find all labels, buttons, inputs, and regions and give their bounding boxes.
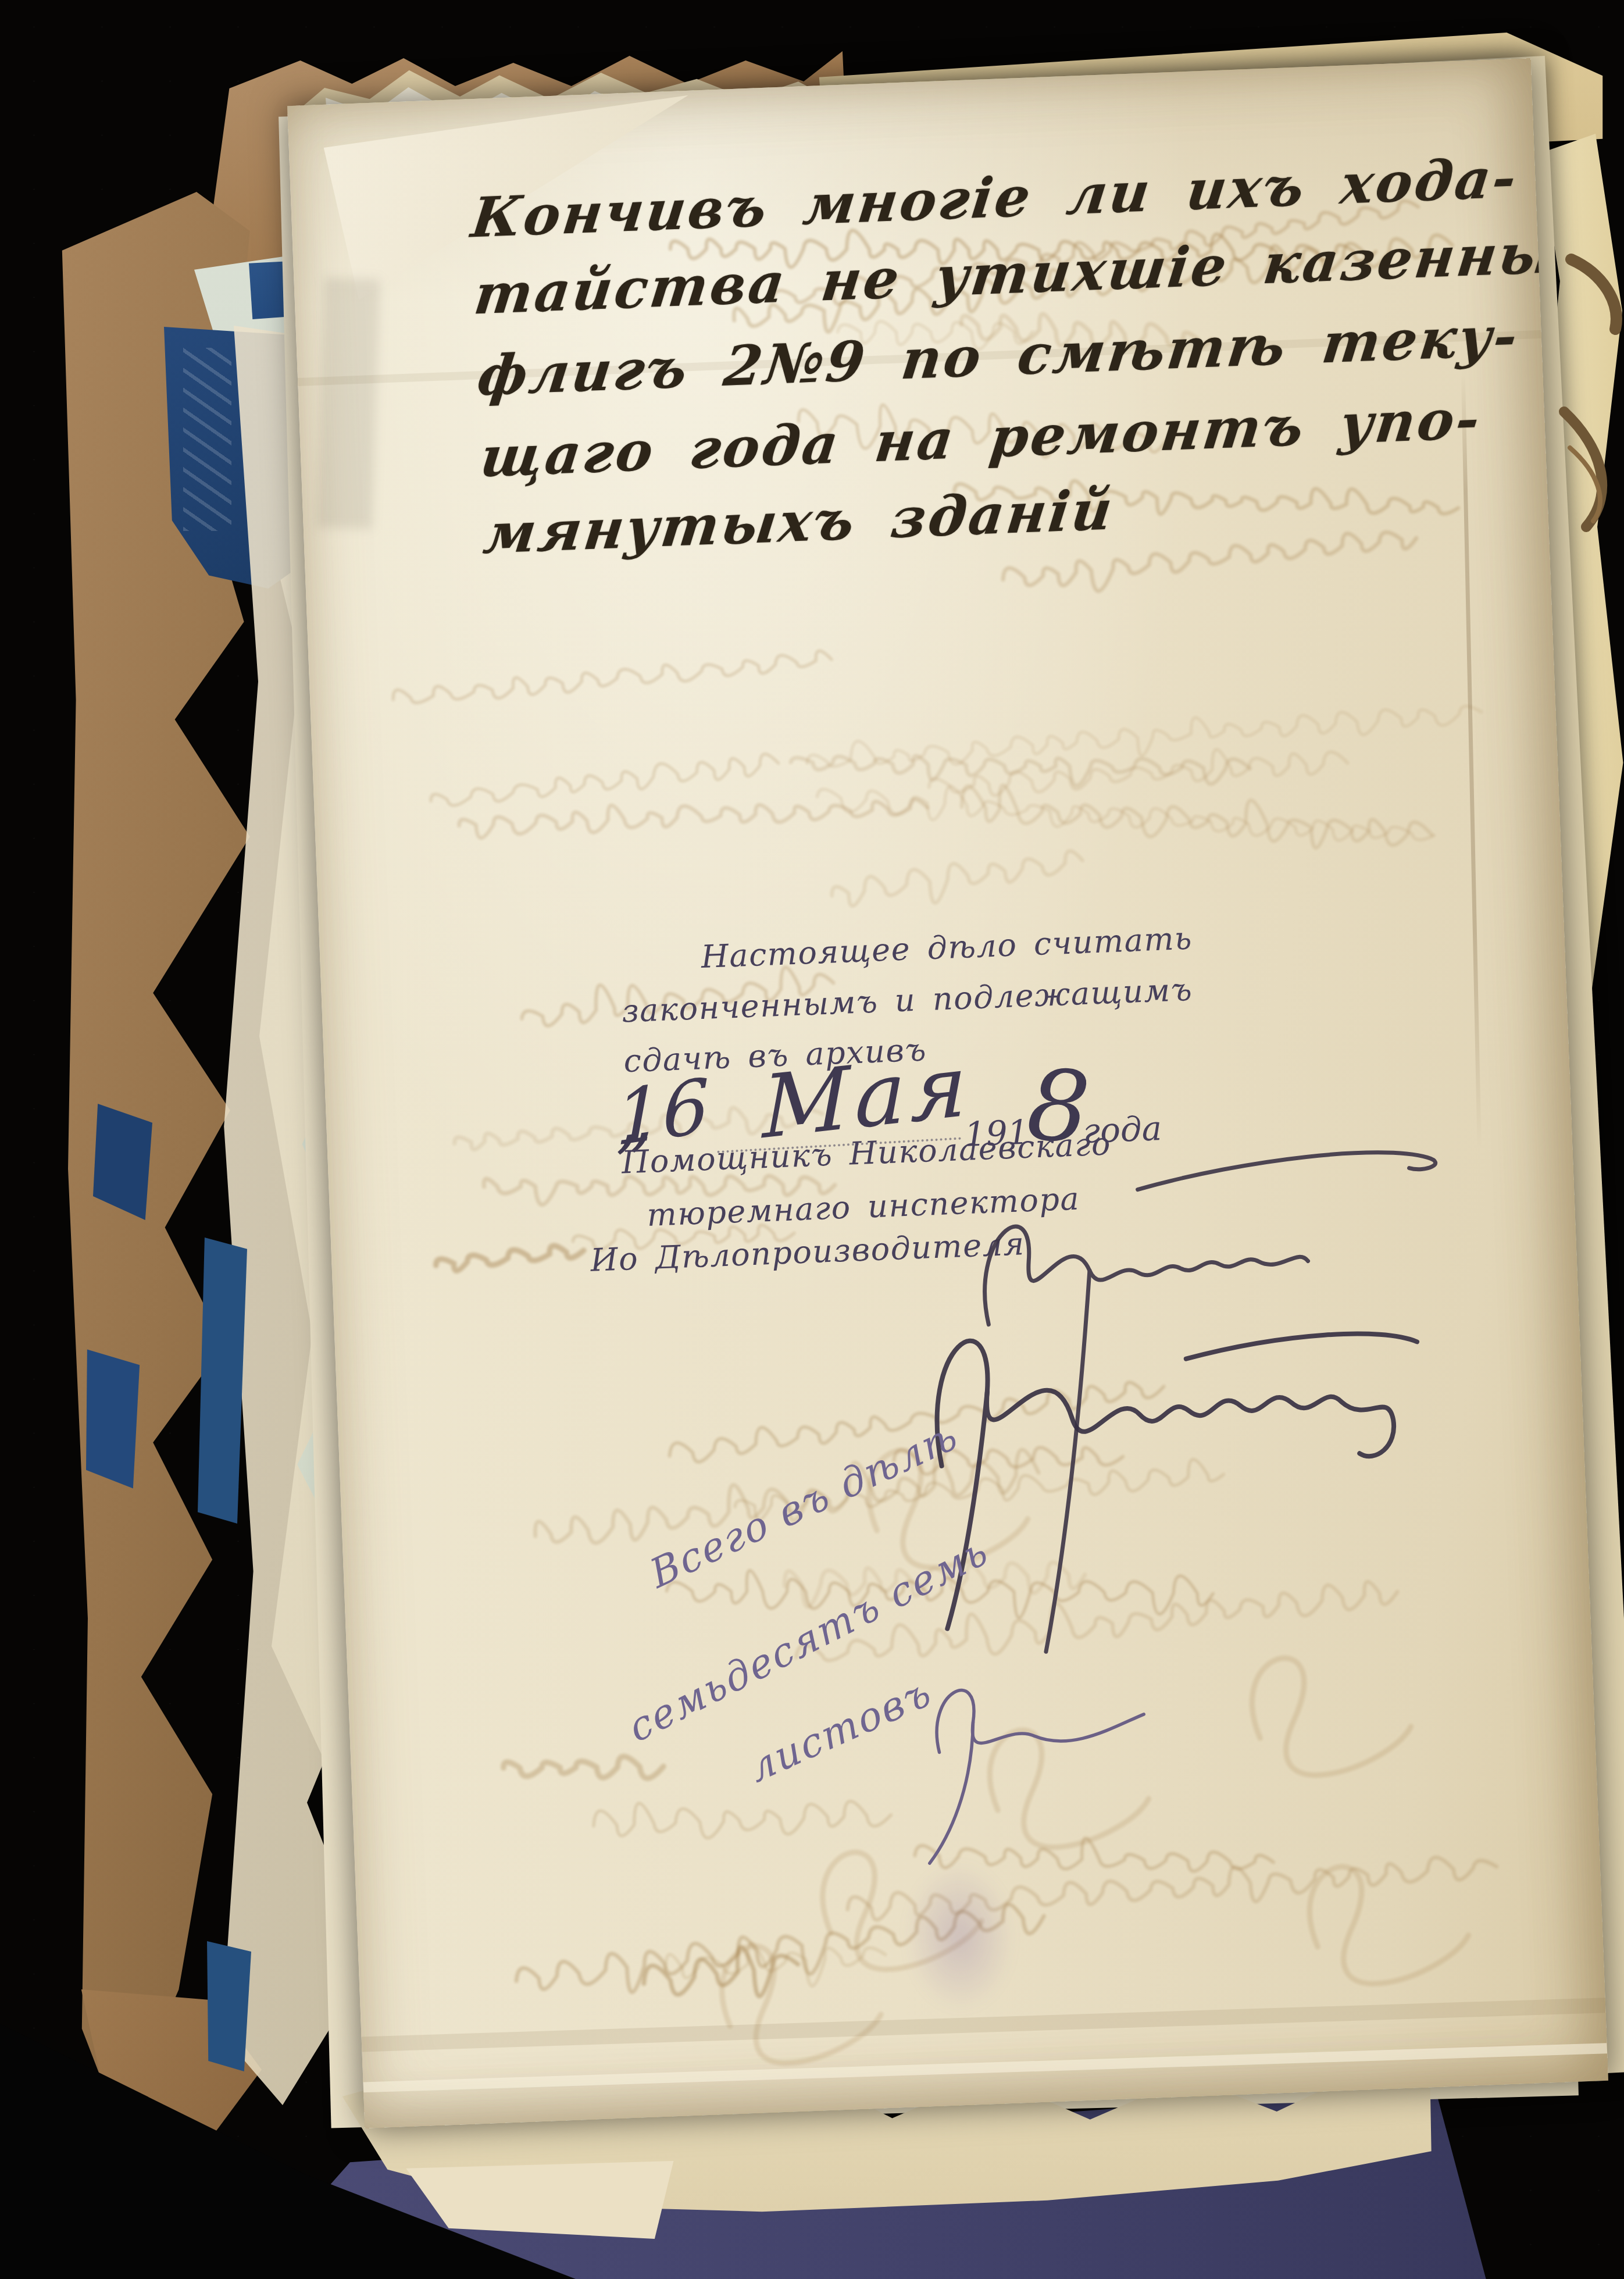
main-page: Кончивъ многіе ли ихъ хода- тайства не у… xyxy=(287,58,1608,2128)
blue-cloth-sliver xyxy=(207,1941,251,2071)
inspector-signature-flourish xyxy=(980,1150,1454,1653)
twine-cord xyxy=(1512,221,1624,547)
blue-cloth-sliver xyxy=(86,1348,141,1490)
signatures xyxy=(287,58,1608,2128)
count-signature-flourish xyxy=(923,1684,1149,1864)
blue-cloth-sliver xyxy=(198,1237,247,1524)
photographed-archival-document: Кончивъ многіе ли ихъ хода- тайства не у… xyxy=(0,0,1624,2279)
clerk-signature-flourish xyxy=(934,1324,1427,1629)
